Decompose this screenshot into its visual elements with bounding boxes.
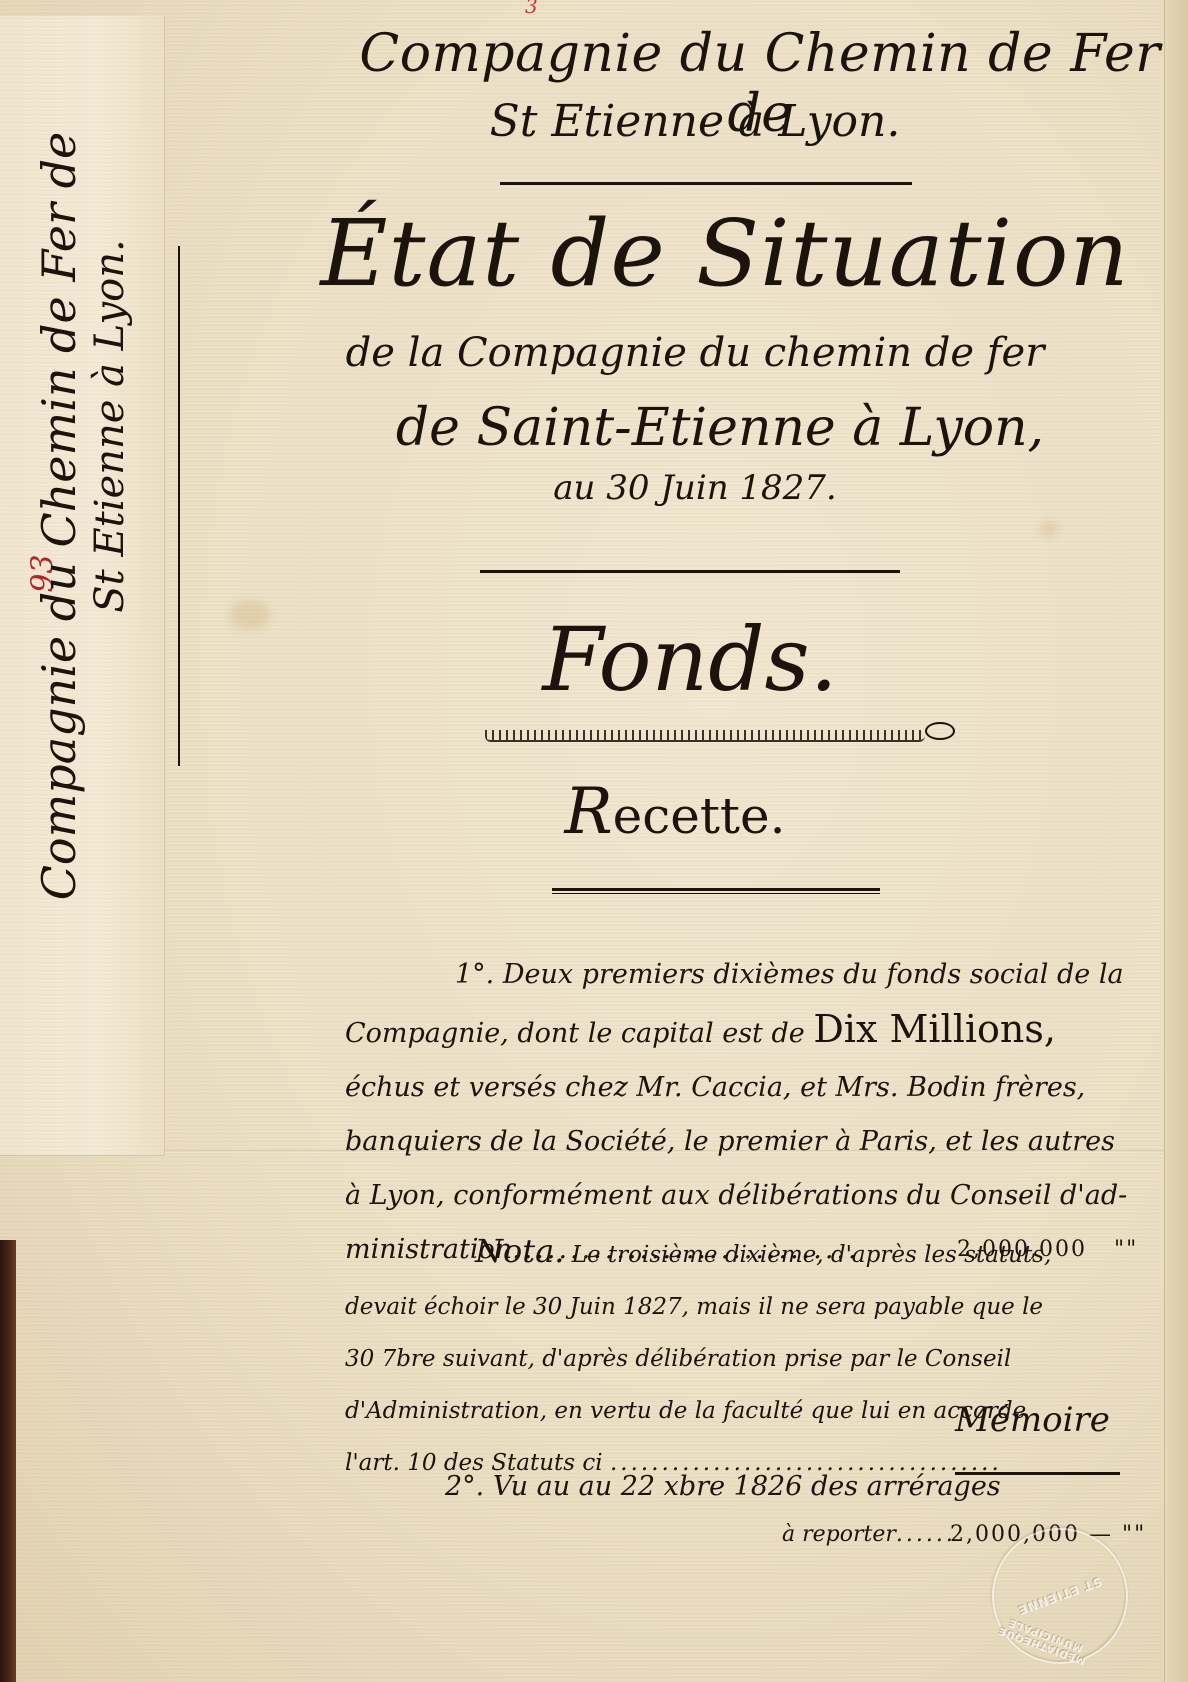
document-title: État de Situation <box>170 200 1170 307</box>
entry-line: 1°. Deux premiers dixièmes du fonds soci… <box>345 948 1145 1002</box>
subsection-title-initial: R <box>564 775 612 849</box>
entry-line: échus et versés chez Mr. Caccia, et Mrs.… <box>345 1061 1145 1115</box>
entry-line: Compagnie, dont le capital est de Dix Mi… <box>345 1002 1145 1061</box>
nota-line: 30 7bre suivant, d'après délibération pr… <box>345 1333 1105 1385</box>
divider <box>552 888 880 891</box>
nota-line: devait échoir le 30 Juin 1827, mais il n… <box>345 1281 1105 1333</box>
spine-label-line2: St Etienne à Lyon. <box>87 132 133 901</box>
ornamental-flourish <box>925 722 955 740</box>
subsection-title: Recette. <box>170 775 1170 849</box>
spine-label-line1: Compagnie du Chemin de Fer de <box>31 132 87 901</box>
entry-number: 2°. <box>445 1471 484 1502</box>
entry-line: à Lyon, conformément aux délibérations d… <box>345 1169 1145 1223</box>
section-title: Fonds. <box>170 608 1170 711</box>
carry-forward-label: à reporter...... <box>782 1522 956 1547</box>
stamp-inner-text: ST ETIENNE <box>1016 1574 1104 1617</box>
subsection-title-rest: ecette. <box>613 787 786 845</box>
divider <box>500 182 912 185</box>
nota-block: Nota. Le troisième dixième, d'après les … <box>345 1225 1105 1489</box>
nota-line: Nota. Le troisième dixième, d'après les … <box>345 1225 1105 1281</box>
entry-number: 1°. <box>455 959 494 990</box>
capital-amount: Dix Millions, <box>813 1007 1056 1051</box>
ornamental-divider <box>485 730 925 742</box>
binding-edge <box>0 1240 16 1682</box>
document-subtitle-2: de Saint-Etienne à Lyon, <box>170 398 1170 458</box>
entry-line: banquiers de la Société, le premier à Pa… <box>345 1115 1145 1169</box>
divider <box>552 893 880 894</box>
company-name-line2: St Etienne à Lyon. <box>170 96 1170 147</box>
document-subtitle-1: de la Compagnie du chemin de fer <box>170 330 1170 376</box>
nota-label: Nota. <box>475 1232 564 1270</box>
divider <box>480 570 900 573</box>
entry-text: Vu au au 22 xbre 1826 des arrérages <box>493 1471 1001 1502</box>
spine-label: 93 Compagnie du Chemin de Fer de St Etie… <box>0 16 165 1156</box>
nota-value: Mémoire <box>955 1400 1110 1440</box>
spine-label-text: Compagnie du Chemin de Fer de St Etienne… <box>31 132 133 901</box>
entry-2: 2°. Vu au au 22 xbre 1826 des arrérages <box>445 1460 1001 1514</box>
document-date: au 30 Juin 1827. <box>170 468 1170 508</box>
